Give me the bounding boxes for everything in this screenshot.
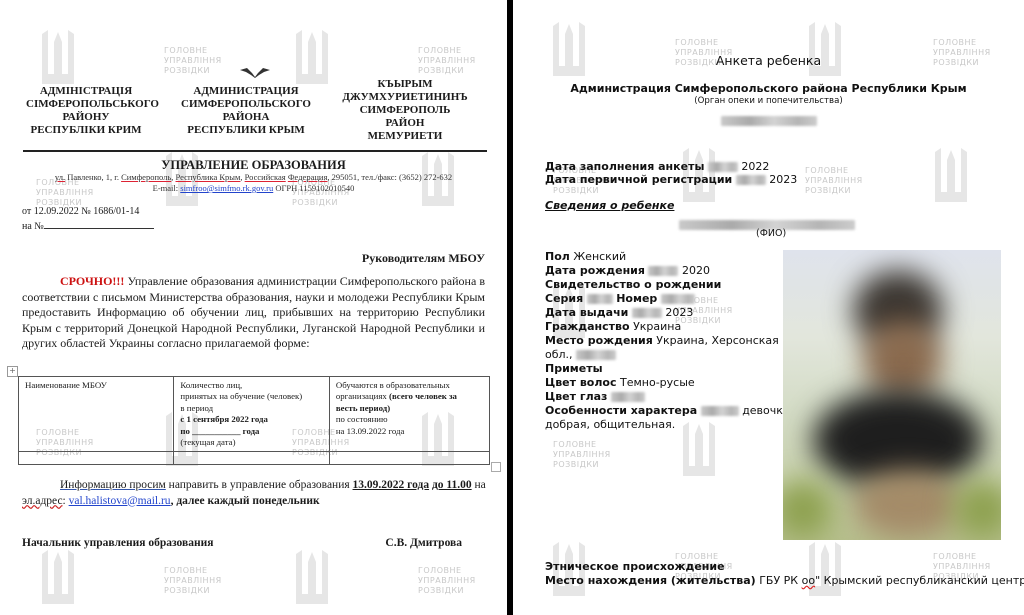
header-crimean-tatar: КЪЫРЫМДЖУМХУРИЕТИНИНЪСИМФЕРОПОЛЬРАЙОНМЕМ…	[340, 78, 470, 143]
header-russian: АДМИНИСТРАЦИЯСИМФЕРОПОЛЬСКОГОРАЙОНАРЕСПУ…	[180, 85, 312, 137]
letter-body: СРОЧНО!!! Управление образования админис…	[22, 274, 485, 352]
table-row	[19, 452, 490, 465]
fio-label: (ФИО)	[756, 228, 786, 239]
hair-color-row: Цвет волос Темно-русые	[545, 376, 695, 390]
eye-color-row: Цвет глаз	[545, 390, 645, 404]
birth-date-row: Дата рождения 2020	[545, 264, 710, 278]
table-cell[interactable]	[174, 452, 329, 465]
birthplace-row-cont: обл.,	[545, 348, 616, 362]
education-letter-document: ГОЛОВНЕУПРАВЛІННЯРОЗВІДКИ ГОЛОВНЕУПРАВЛІ…	[0, 0, 507, 615]
coat-of-arms-icon	[239, 66, 271, 78]
fill-date-row: Дата заполнения анкеты 2022	[545, 160, 769, 174]
trident-icon	[807, 540, 843, 602]
request-paragraph: Информацию просим направить в управление…	[22, 478, 487, 509]
trident-icon	[933, 146, 969, 208]
org-email-link[interactable]: simfroo@simfmo.rk.gov.ru	[180, 183, 273, 193]
signatory-name: С.В. Дмитрова	[385, 537, 462, 549]
trident-icon	[807, 20, 843, 82]
citizenship-row: Гражданство Украина	[545, 320, 681, 334]
form-org: Администрация Симферопольского района Ре…	[513, 82, 1024, 95]
certificate-row: Свидетельство о рождении	[545, 278, 721, 292]
header-ukrainian: АДМІНІСТРАЦІЯСІМФЕРОПОЛЬСЬКОГОРАЙОНУРЕСП…	[26, 85, 146, 137]
move-handle-icon[interactable]: +	[7, 366, 18, 377]
residence-row: Место нахождения (жительства) ГБУ РК оо"…	[545, 574, 1024, 588]
trident-icon	[40, 28, 76, 90]
character-row-cont: добрая, общительная.	[545, 418, 675, 432]
issue-date-row: Дата выдачи 2023	[545, 306, 693, 320]
watermark-text: ГОЛОВНЕУПРАВЛІННЯРОЗВІДКИ	[164, 46, 222, 76]
watermark-text: ГОЛОВНЕУПРАВЛІННЯРОЗВІДКИ	[418, 566, 476, 596]
table-cell[interactable]	[329, 452, 489, 465]
child-questionnaire-document: ГОЛОВНЕУПРАВЛІННЯРОЗВІДКИ ГОЛОВНЕУПРАВЛІ…	[513, 0, 1024, 615]
blurred-child-photo	[783, 250, 1001, 540]
form-org-subtitle: (Орган опеки и попечительства)	[513, 96, 1024, 106]
org-address: ул. Павленко, 1, г. Симферополь, Республ…	[0, 172, 507, 194]
watermark-text: ГОЛОВНЕУПРАВЛІННЯРОЗВІДКИ	[164, 566, 222, 596]
table-resize-handle[interactable]	[491, 462, 501, 472]
redacted-child-name	[679, 214, 855, 225]
trident-icon	[294, 28, 330, 90]
signature-block: Начальник управления образования С.В. Дм…	[22, 537, 462, 549]
table-cell[interactable]	[19, 452, 174, 465]
reply-email-link[interactable]: val.halistova@mail.ru	[69, 495, 171, 507]
addressee: Руководителям МБОУ	[362, 251, 485, 266]
character-row: Особенности характера девочка	[545, 404, 790, 418]
outgoing-ref: от 12.09.2022 № 1686/01-14	[22, 206, 139, 218]
trident-icon	[681, 420, 717, 482]
trident-icon	[551, 20, 587, 82]
trident-icon	[294, 548, 330, 610]
watermark-text: ГОЛОВНЕУПРАВЛІННЯРОЗВІДКИ	[418, 46, 476, 76]
trident-icon	[40, 548, 76, 610]
redacted-field	[721, 110, 817, 129]
org-title: УПРАВЛЕНИЕ ОБРАЗОВАНИЯ	[0, 158, 507, 173]
ethnic-row: Этническое происхождение	[545, 560, 725, 574]
sex-row: Пол Женский	[545, 250, 626, 264]
column-header-admitted: Количество лиц, принятых на обучение (че…	[174, 377, 329, 452]
urgent-label: СРОЧНО!!!	[22, 274, 124, 288]
features-row: Приметы	[545, 362, 603, 376]
watermark-text: ГОЛОВНЕУПРАВЛІННЯРОЗВІДКИ	[553, 440, 611, 470]
watermark-text: ГОЛОВНЕУПРАВЛІННЯРОЗВІДКИ	[805, 166, 863, 196]
reply-ref: на №	[22, 219, 154, 233]
series-number-row: Серия Номер	[545, 292, 695, 306]
report-form-table: Наименование МБОУ Количество лиц, принят…	[18, 376, 490, 465]
section-title: Сведения о ребенке	[545, 199, 674, 212]
column-header-school: Наименование МБОУ	[19, 377, 174, 452]
header-divider	[23, 150, 487, 152]
birthplace-row: Место рождения Украина, Херсонская	[545, 334, 779, 348]
form-title: Анкета ребенка	[513, 53, 1024, 68]
signatory-position: Начальник управления образования	[22, 537, 213, 549]
column-header-enrolled: Обучаются в образовательных организациях…	[329, 377, 489, 452]
registration-date-row: Дата первичной регистрации 2023	[545, 173, 797, 187]
